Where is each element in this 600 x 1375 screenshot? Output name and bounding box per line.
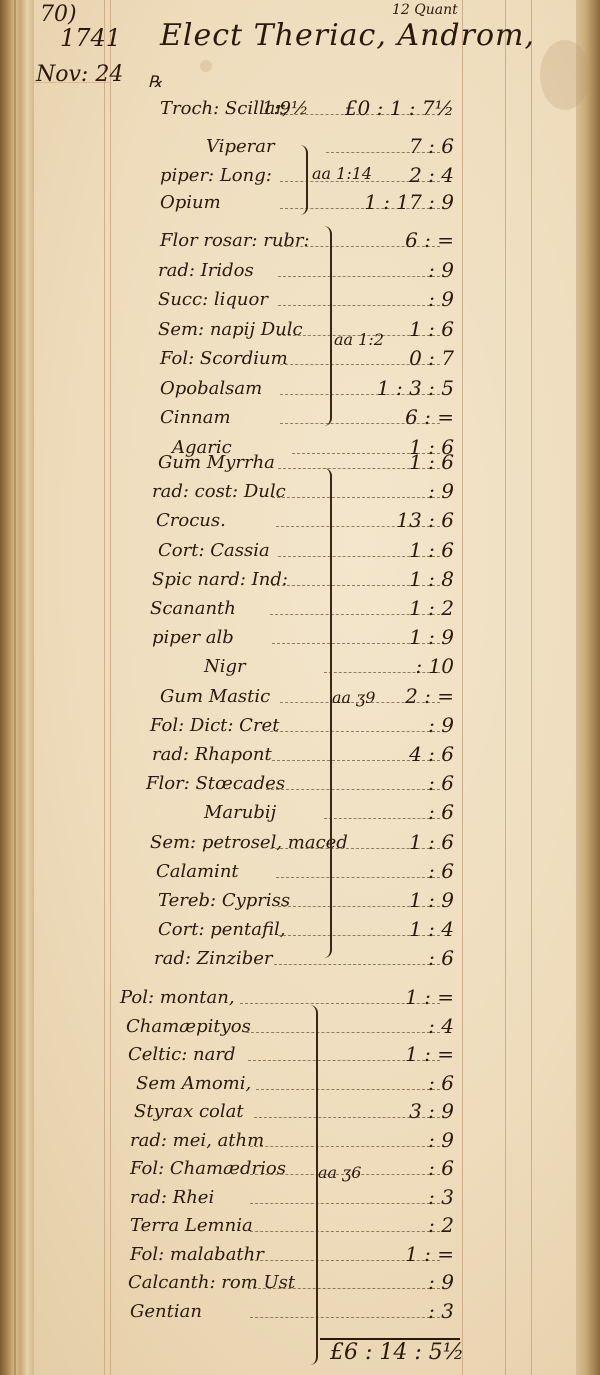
ingredient-amount: : 6 (428, 1156, 454, 1180)
ledger-row: Tereb: Cypriss1 : 9 (0, 888, 480, 918)
ingredient-amount: : 10 (415, 654, 454, 678)
brace-quantity-note: aa 1:2 (334, 330, 384, 349)
leader-line (276, 877, 440, 878)
ingredient-amount: 1 : 3 : 5 (377, 376, 454, 400)
brace-quantity-note: aa ʒ6 (318, 1163, 361, 1182)
ledger-row: Fol: malabathr1 : = (0, 1242, 480, 1272)
leader-line (266, 789, 440, 790)
ingredient-name: Nigr (204, 656, 246, 677)
ingredient-name: Fol: malabathr (130, 1244, 264, 1265)
ingredient-amount: 2 : 4 (409, 163, 454, 187)
ledger-total: £6 : 14 : 5½ (330, 1340, 464, 1365)
ingredient-name: Spic nard: Ind: (152, 569, 288, 590)
ingredient-amount: 1 : 8 (409, 567, 454, 591)
ingredient-amount: £0 : 1 : 7½ (345, 96, 454, 120)
ingredient-name: Chamæpityos (126, 1016, 251, 1037)
ingredient-name: rad: mei, athm (130, 1130, 264, 1151)
ingredient-amount: 1 : 9 (409, 625, 454, 649)
ledger-row: Troch: Scillar,1:9½£0 : 1 : 7½ (0, 96, 480, 126)
leader-line (246, 1032, 440, 1033)
ingredient-name: Crocus. (156, 510, 226, 531)
ledger-row: Nigr: 10 (0, 654, 480, 684)
ingredient-name: rad: Iridos (158, 260, 254, 281)
leader-line (248, 1288, 440, 1289)
leader-line (250, 1317, 440, 1318)
ingredient-name: Gum Mastic (160, 686, 270, 707)
ledger-row: Fol: Chamædrios: 6 (0, 1156, 480, 1186)
ingredient-name: Celtic: nard (128, 1044, 236, 1065)
ledger-row: Flor: Stœcades: 6 (0, 771, 480, 801)
ledger-row: Calcanth: rom Ust: 9 (0, 1270, 480, 1300)
ledger-row: Crocus.13 : 6 (0, 508, 480, 538)
ingredient-amount: : 9 (428, 287, 454, 311)
ingredient-quantity: 1:9½ (262, 98, 308, 119)
ingredient-name: Flor: Stœcades (146, 773, 285, 794)
ledger-row: Sem: napij Dulc1 : 6 (0, 317, 480, 347)
ledger-row: rad: Iridos: 9 (0, 258, 480, 288)
ingredient-name: rad: Zinziber (154, 948, 273, 969)
ledger-row: Cort: Cassia1 : 6 (0, 538, 480, 568)
ingredient-amount: 0 : 7 (409, 346, 454, 370)
ingredient-amount: : 9 (428, 1270, 454, 1294)
ingredient-name: Opium (160, 192, 221, 213)
ingredient-name: piper alb (152, 627, 234, 648)
ledger-row: Opium1 : 17 : 9 (0, 190, 480, 220)
ingredient-name: Scananth (150, 598, 236, 619)
ingredient-amount: 1 : 6 (409, 450, 454, 474)
ledger-row: piper: Long:2 : 4 (0, 163, 480, 193)
leader-line (274, 964, 440, 965)
ingredient-amount: 1 : 9 (409, 888, 454, 912)
ingredient-amount: : 6 (428, 771, 454, 795)
ingredient-amount: : 4 (428, 1014, 454, 1038)
ingredient-amount: 1 : 6 (409, 317, 454, 341)
ledger-row: Pol: montan,1 : = (0, 985, 480, 1015)
ingredient-name: Sem Amomi, (136, 1073, 251, 1094)
ingredient-name: piper: Long: (160, 165, 272, 186)
ingredient-name: Cort: pentafil, (158, 919, 285, 940)
ledger-row: Styrax colat3 : 9 (0, 1099, 480, 1129)
ledger-row: piper alb1 : 9 (0, 625, 480, 655)
ledger-row: Gentian: 3 (0, 1299, 480, 1329)
ingredient-name: Succ: liquor (158, 289, 268, 310)
ledger-row: Succ: liquor: 9 (0, 287, 480, 317)
ingredient-amount: 6 : = (405, 228, 454, 252)
ingredient-amount: 2 : = (405, 684, 454, 708)
ingredient-amount: : 3 (428, 1299, 454, 1323)
ledger-row: Fol: Scordium0 : 7 (0, 346, 480, 376)
ingredient-amount: : 2 (428, 1213, 454, 1237)
ingredient-name: Calamint (156, 861, 239, 882)
ingredient-amount: 1 : 17 : 9 (364, 190, 454, 214)
ledger-row: Sem: petrosel, maced1 : 6 (0, 830, 480, 860)
ingredient-name: Gum Myrrha (158, 452, 275, 473)
ingredient-name: Flor rosar: rubr: (160, 230, 310, 251)
ledger-row: rad: Rhapont4 : 6 (0, 742, 480, 772)
ledger-row: Terra Lemnia: 2 (0, 1213, 480, 1243)
ledger-row: Viperar7 : 6 (0, 134, 480, 164)
leader-line (250, 1231, 440, 1232)
ingredient-amount: 1 : 6 (409, 830, 454, 854)
ingredient-amount: 3 : 9 (409, 1099, 454, 1123)
ingredient-amount: : 9 (428, 479, 454, 503)
ingredient-name: Viperar (206, 136, 275, 157)
ingredient-name: Marubij (204, 802, 276, 823)
ingredient-amount: : 6 (428, 946, 454, 970)
ledger-row: Gum Myrrha1 : 6 (0, 450, 480, 480)
ingredient-amount: : 9 (428, 258, 454, 282)
ingredient-amount: 1 : 6 (409, 538, 454, 562)
ingredient-amount: : 3 (428, 1185, 454, 1209)
ingredient-name: Cort: Cassia (158, 540, 270, 561)
ingredient-amount: : 6 (428, 859, 454, 883)
leader-line (278, 276, 440, 277)
ingredient-amount: : 6 (428, 800, 454, 824)
ledger-row: Flor rosar: rubr:6 : = (0, 228, 480, 258)
brace-quantity-note: aa 1:14 (312, 164, 372, 183)
ingredient-name: rad: cost: Dulc (152, 481, 286, 502)
leader-line (250, 1146, 440, 1147)
ledger-row: Calamint: 6 (0, 859, 480, 889)
ledger-entries: Troch: Scillar,1:9½£0 : 1 : 7½Viperar7 :… (0, 0, 600, 1375)
group-brace (300, 145, 308, 215)
leader-line (256, 1089, 440, 1090)
ledger-row: rad: mei, athm: 9 (0, 1128, 480, 1158)
leader-line (250, 1203, 440, 1204)
ledger-row: rad: cost: Dulc: 9 (0, 479, 480, 509)
ingredient-amount: 1 : 2 (409, 596, 454, 620)
ledger-row: Cort: pentafil,1 : 4 (0, 917, 480, 947)
ingredient-amount: 1 : = (405, 1242, 454, 1266)
ingredient-name: Fol: Chamædrios (130, 1158, 286, 1179)
leader-line (272, 497, 440, 498)
ledger-row: Scananth1 : 2 (0, 596, 480, 626)
ingredient-name: Tereb: Cypriss (158, 890, 290, 911)
ledger-page: 70) 1741 Nov: 24 Elect Theriac, Androm, … (0, 0, 600, 1375)
leader-line (278, 305, 440, 306)
ingredient-name: Pol: montan, (120, 987, 235, 1008)
ingredient-amount: 1 : 4 (409, 917, 454, 941)
ledger-row: Celtic: nard1 : = (0, 1042, 480, 1072)
ledger-row: Sem Amomi,: 6 (0, 1071, 480, 1101)
ingredient-name: Sem: petrosel, maced (150, 832, 348, 853)
ingredient-name: Terra Lemnia (130, 1215, 253, 1236)
ledger-row: Gum Mastic2 : = (0, 684, 480, 714)
ingredient-name: Styrax colat (134, 1101, 244, 1122)
ledger-row: Marubij: 6 (0, 800, 480, 830)
ingredient-name: Gentian (130, 1301, 202, 1322)
ingredient-name: Cinnam (160, 407, 231, 428)
ingredient-amount: 1 : = (405, 985, 454, 1009)
ingredient-amount: 6 : = (405, 405, 454, 429)
brace-quantity-note: aa ʒ9 (332, 688, 375, 707)
ledger-row: Cinnam6 : = (0, 405, 480, 435)
ledger-row: Chamæpityos: 4 (0, 1014, 480, 1044)
ledger-row: Spic nard: Ind:1 : 8 (0, 567, 480, 597)
ledger-row: Fol: Dict: Cret: 9 (0, 713, 480, 743)
ledger-row: Opobalsam1 : 3 : 5 (0, 376, 480, 406)
ingredient-amount: 7 : 6 (409, 134, 454, 158)
group-brace (310, 1005, 318, 1365)
leader-line (270, 731, 440, 732)
ingredient-amount: 13 : 6 (396, 508, 454, 532)
leader-line (324, 818, 440, 819)
ingredient-amount: : 9 (428, 713, 454, 737)
ingredient-amount: : 6 (428, 1071, 454, 1095)
ingredient-amount: : 9 (428, 1128, 454, 1152)
group-brace (324, 226, 332, 426)
ingredient-name: Fol: Dict: Cret (150, 715, 279, 736)
ingredient-name: rad: Rhei (130, 1187, 214, 1208)
group-brace (324, 468, 332, 958)
ingredient-name: Opobalsam (160, 378, 262, 399)
ingredient-name: Fol: Scordium (160, 348, 288, 369)
ingredient-amount: 4 : 6 (409, 742, 454, 766)
ledger-row: rad: Rhei: 3 (0, 1185, 480, 1215)
ingredient-amount: 1 : = (405, 1042, 454, 1066)
ingredient-name: Sem: napij Dulc (158, 319, 303, 340)
ingredient-name: rad: Rhapont (152, 744, 272, 765)
ingredient-name: Calcanth: rom Ust (128, 1272, 295, 1293)
ledger-row: rad: Zinziber: 6 (0, 946, 480, 976)
